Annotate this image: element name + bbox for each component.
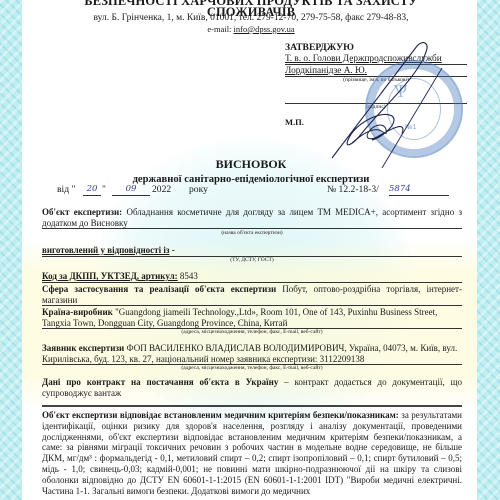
document-number-prefix: № 12.2-18-3/	[327, 184, 379, 195]
made-label: виготовлений у відповідності із	[42, 245, 169, 255]
object-caption: (назва об'єкта експертизи)	[42, 230, 462, 237]
compliance-label: Об'єкт експертизи відповідає встановлени…	[42, 410, 399, 420]
scope-label: Сфера застосування та реалізації об'єкта…	[42, 284, 276, 294]
email-link[interactable]: info@dpss.gov.ua	[234, 24, 295, 34]
field-scope: Сфера застосування та реалізації об'єкта…	[42, 284, 462, 306]
applicant-caption: (адреса, місцезнаходження, телефон, факс…	[42, 365, 462, 372]
document-page: БЕЗПЕЧНОСТІ ХАРЧОВИХ ПРОДУКТІВ ТА ЗАХИСТ…	[40, 0, 462, 500]
trident-emblem-icon: Ѱ	[394, 86, 407, 97]
date-number-row: від " 20 " 09 2022 року № 12.2-18-3/ 587…	[57, 184, 462, 196]
date-year: 2022	[152, 184, 171, 195]
code-label: Код за ДКПП, УКТЗЕД, артикул:	[42, 271, 178, 281]
contract-label: Дані про контракт на постачання об'єкта …	[42, 377, 278, 387]
document-title: ВИСНОВОК	[40, 159, 462, 170]
stamp-number: №1	[405, 122, 416, 133]
section-divider	[42, 405, 462, 407]
field-applicant: Заявник експертизи ФОП ВАСИЛЕНКО ВЛАДИСЛ…	[42, 343, 462, 365]
country-label: Країна-виробник	[42, 307, 113, 317]
date-suffix: року	[189, 184, 208, 195]
date-quote: "	[102, 184, 106, 195]
field-compliance: Об'єкт експертизи відповідає встановлени…	[42, 410, 462, 496]
field-contract: Дані про контракт на постачання об'єкта …	[42, 377, 462, 399]
applicant-label: Заявник експертизи	[42, 343, 124, 353]
date-day: 20	[83, 184, 101, 196]
field-manufactured-per: виготовлений у відповідності із - (ТУ, Д…	[42, 245, 462, 257]
approver-position: Т. в. о. Голови Держпродспоживслужби	[285, 54, 467, 65]
made-caption: (ТУ, ДСТУ, ГОСТ)	[42, 257, 462, 264]
country-caption: (адреса, місцезнаходження, телефон, факс…	[42, 329, 462, 336]
made-value: -	[172, 245, 175, 255]
organization-email-line: e-mail: info@dpss.gov.ua	[40, 24, 462, 35]
compliance-value: за результатами ідентифікації, оцінки ри…	[42, 410, 462, 496]
object-label: Об'єкт експертизи:	[42, 207, 122, 217]
approval-title: ЗАТВЕРДЖУЮ	[285, 42, 467, 53]
date-prefix: від "	[57, 184, 75, 195]
date-month: 09	[112, 184, 150, 196]
field-object: Об'єкт експертизи: Обладнання косметичне…	[42, 207, 462, 229]
field-code: Код за ДКПП, УКТЗЕД, артикул: 8543	[42, 271, 462, 283]
code-value: 8543	[180, 271, 198, 281]
document-number: 5874	[389, 184, 449, 196]
decorative-border-left	[0, 0, 22, 500]
organization-address: вул. Б. Грінченка, 1, м. Київ, 01001, те…	[40, 13, 462, 24]
field-country: Країна-виробник "Guangdong jiameili Tech…	[42, 307, 462, 329]
email-label: e-mail:	[207, 24, 233, 34]
official-stamp: Ѱ №1	[365, 60, 463, 158]
decorative-border-right	[477, 0, 500, 500]
